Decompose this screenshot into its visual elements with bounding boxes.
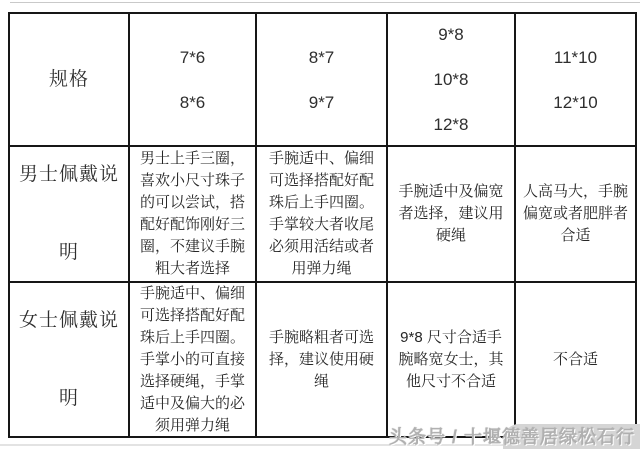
- sizes-group-1: 7*6 8*6: [180, 35, 206, 125]
- sizes-group-4: 11*10 12*10: [553, 35, 597, 125]
- women-note-cell-4: 不合适: [516, 283, 635, 436]
- watermark-text: 头条号 / 十堰德善居绿松石行: [389, 423, 635, 449]
- women-note-3: 9*8 尺寸合适手 腕略宽女士，其 他尺寸不合适: [398, 327, 503, 393]
- men-note-4: 人高马大，手腕 偏宽或者肥胖者 合适: [523, 181, 628, 247]
- bracelet-spec-table: 规格 7*6 8*6 8*7 9*7 9*8 10*8 12*8 11*10 1…: [8, 12, 637, 438]
- men-note-2: 手腕适中、偏细 可选择搭配好配 珠后上手四圈。 手掌较大者收尾 必须用活结或者 …: [269, 148, 374, 280]
- women-label: 女士佩戴说 明: [19, 283, 119, 436]
- men-note-cell-3: 手腕适中及偏宽 者选择，建议用 硬绳: [388, 147, 516, 283]
- women-note-cell-2: 手腕略粗者可选 择，建议使用硬 绳: [257, 283, 388, 436]
- men-note-cell-2: 手腕适中、偏细 可选择搭配好配 珠后上手四圈。 手掌较大者收尾 必须用活结或者 …: [257, 147, 388, 283]
- sizes-7x6-8x6-cell: 7*6 8*6: [130, 14, 257, 147]
- sizes-11x10-12x10-cell: 11*10 12*10: [516, 14, 635, 147]
- men-note-cell-1: 男士上手三圈， 喜欢小尺寸珠子 的可以尝试，搭 配好配饰刚好三 圈，不建议手腕 …: [130, 147, 257, 283]
- sizes-group-2: 8*7 9*7: [309, 35, 335, 125]
- women-note-cell-1: 手腕适中、偏细 可选择搭配好配 珠后上手四圈。 手掌小的可直接 选择硬绳，手掌 …: [130, 283, 257, 436]
- sizes-group-3: 9*8 10*8 12*8: [434, 14, 469, 147]
- men-note-cell-4: 人高马大，手腕 偏宽或者肥胖者 合适: [516, 147, 635, 283]
- women-note-1: 手腕适中、偏细 可选择搭配好配 珠后上手四圈。 手掌小的可直接 选择硬绳，手掌 …: [140, 283, 245, 436]
- spec-label-cell: 规格: [10, 14, 130, 147]
- men-label: 男士佩戴说 明: [19, 147, 119, 283]
- spec-label: 规格: [49, 41, 89, 119]
- sizes-8x7-9x7-cell: 8*7 9*7: [257, 14, 388, 147]
- sizes-9x8-10x8-12x8-cell: 9*8 10*8 12*8: [388, 14, 516, 147]
- women-note-4: 不合适: [553, 349, 598, 371]
- women-label-cell: 女士佩戴说 明: [10, 283, 130, 436]
- cropped-row-divider: [10, 2, 640, 3]
- screenshot-root: 规格 7*6 8*6 8*7 9*7 9*8 10*8 12*8 11*10 1…: [0, 0, 640, 449]
- men-note-3: 手腕适中及偏宽 者选择，建议用 硬绳: [398, 181, 503, 247]
- women-note-2: 手腕略粗者可选 择，建议使用硬 绳: [269, 327, 374, 393]
- women-note-cell-3: 9*8 尺寸合适手 腕略宽女士，其 他尺寸不合适: [388, 283, 516, 436]
- men-label-cell: 男士佩戴说 明: [10, 147, 130, 283]
- men-note-1: 男士上手三圈， 喜欢小尺寸珠子 的可以尝试，搭 配好配饰刚好三 圈，不建议手腕 …: [140, 148, 245, 280]
